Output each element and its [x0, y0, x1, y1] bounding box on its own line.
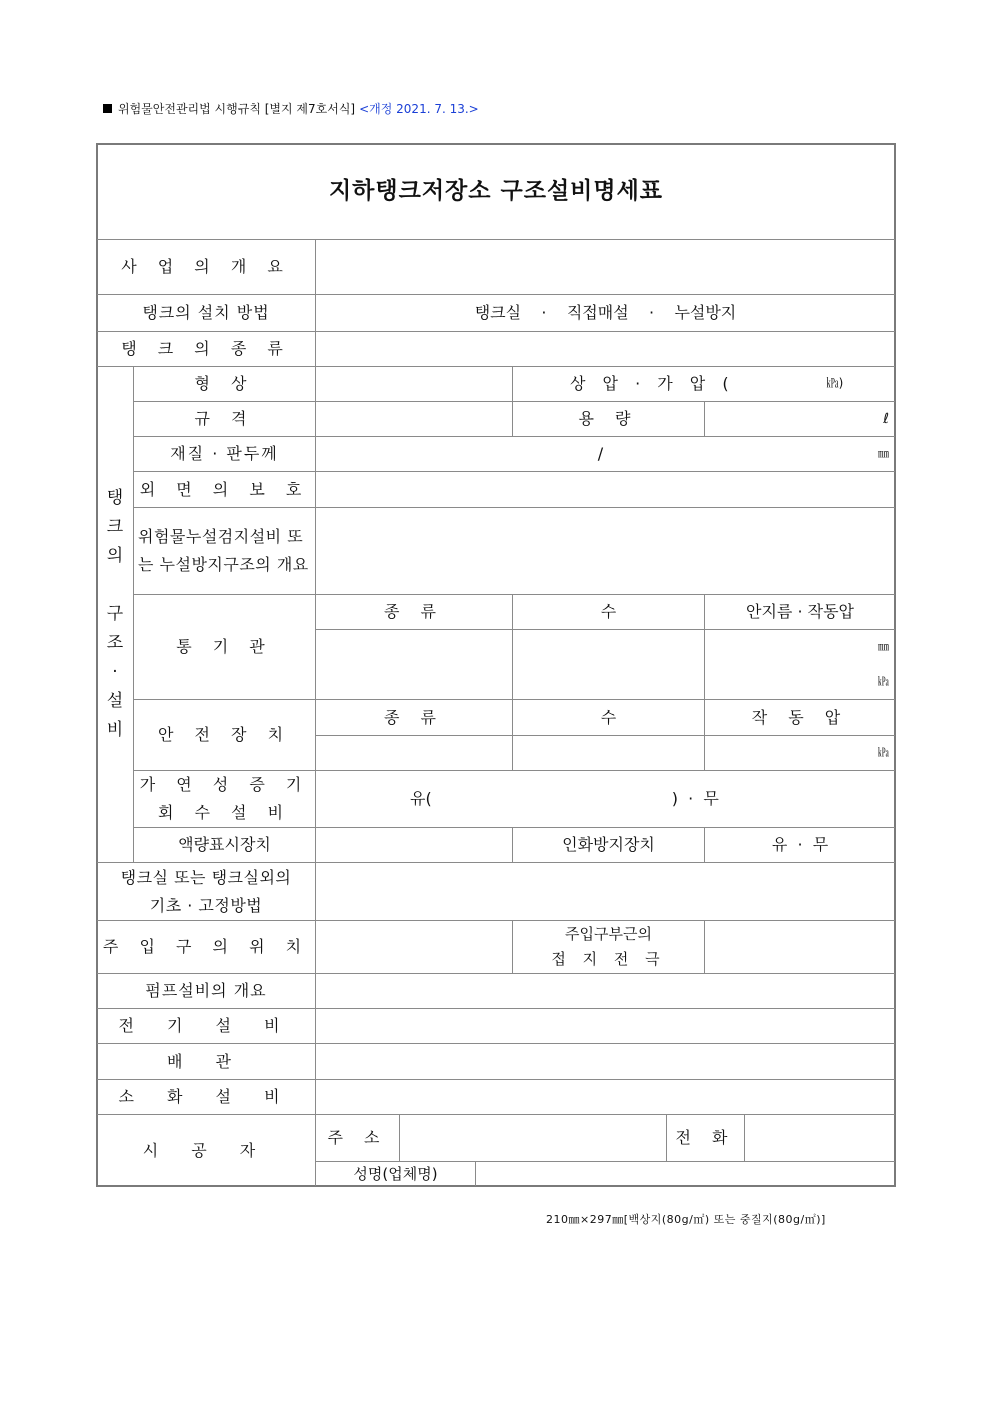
level-indicator-field[interactable] — [316, 828, 512, 862]
company-name-field[interactable] — [476, 1162, 895, 1186]
safety-count-field[interactable] — [513, 736, 704, 770]
phone-label: 전 화 — [667, 1115, 744, 1161]
vapor-recovery-field[interactable]: 유( ) · 무 — [316, 771, 895, 827]
spec-label: 규 격 — [134, 402, 315, 436]
vapor-recovery-label: 가 연 성 증 기 회 수 설 비 — [134, 771, 315, 827]
vapor-recovery-label-line1: 가 연 성 증 기 — [140, 771, 310, 799]
pressure-label: 상 압 · 가 압 ( — [570, 371, 735, 397]
vent-count-header: 수 — [513, 595, 704, 629]
tank-type-label: 탱 크 의 종 류 — [97, 332, 315, 366]
outer-protection-field[interactable] — [316, 472, 895, 507]
pressure-unit: ㎪) — [827, 374, 844, 393]
phone-field[interactable] — [745, 1115, 895, 1161]
piping-label: 배 관 — [97, 1044, 315, 1079]
vapor-recovery-label-line2: 회 수 설 비 — [158, 799, 291, 827]
grounding-label-line2: 접 지 전 극 — [551, 947, 665, 972]
inlet-location-field[interactable] — [316, 921, 512, 973]
safety-pressure-header: 작 동 압 — [705, 700, 895, 735]
flame-arrester-label: 인화방지장치 — [513, 828, 704, 862]
material-label: 재질 · 판두께 — [134, 437, 315, 471]
company-name-label: 성명(업체명) — [316, 1162, 475, 1186]
piping-field[interactable] — [316, 1044, 895, 1079]
safety-type-field[interactable] — [316, 736, 512, 770]
pump-field[interactable] — [316, 974, 895, 1008]
business-overview-field[interactable] — [316, 240, 895, 294]
side-char: 설 — [107, 687, 123, 716]
pressure-cell[interactable]: 상 압 · 가 압 ( ㎪) — [513, 367, 895, 401]
electrical-label: 전 기 설 비 — [97, 1009, 315, 1043]
grounding-electrode-label: 주입구부근의 접 지 전 극 — [513, 921, 704, 973]
safety-device-label: 안 전 장 치 — [134, 700, 315, 770]
grounding-label-line1: 주입구부근의 — [565, 922, 652, 947]
tank-structure-side-label: 탱 크 의 구 조 · 설 비 — [97, 367, 133, 862]
vent-pipe-label: 통 기 관 — [134, 595, 315, 699]
outer-protection-label: 외 면 의 보 호 — [134, 472, 315, 507]
side-char: 비 — [107, 716, 123, 745]
vent-pressure-unit[interactable]: ㎪ — [705, 664, 895, 699]
side-char: 탱 — [107, 484, 123, 513]
inlet-location-label: 주 입 구 의 위 치 — [97, 921, 315, 973]
pump-label: 펌프설비의 개요 — [97, 974, 315, 1008]
form-reference-header: 위험물안전관리법 시행규칙 [별지 제7호서식]<개정 2021. 7. 13.… — [103, 100, 479, 117]
tank-type-field[interactable] — [316, 332, 895, 366]
foundation-label-line2: 기초 · 고정방법 — [150, 892, 263, 920]
square-bullet-icon — [103, 104, 112, 113]
spec-field[interactable] — [316, 402, 512, 436]
business-overview-label: 사 업 의 개 요 — [97, 240, 315, 294]
flame-arrester-options[interactable]: 유 · 무 — [705, 828, 895, 862]
vent-count-field[interactable] — [513, 630, 704, 699]
vent-diameter-unit[interactable]: ㎜ — [705, 630, 895, 664]
form-title: 지하탱크저장소 구조설비명세표 — [97, 144, 895, 239]
foundation-field[interactable] — [316, 863, 895, 920]
law-reference: 위험물안전관리법 시행규칙 [별지 제7호서식] — [118, 102, 355, 116]
leak-detection-label: 위험물누설검지설비 또는 누설방지구조의 개요 — [134, 508, 315, 594]
contractor-label: 시 공 자 — [97, 1115, 315, 1186]
shape-field[interactable] — [316, 367, 512, 401]
foundation-label: 탱크실 또는 탱크실외의 기초 · 고정방법 — [97, 863, 315, 920]
address-label: 주 소 — [316, 1115, 399, 1161]
revision-date: <개정 2021. 7. 13.> — [359, 102, 479, 116]
fire-extinguishing-field[interactable] — [316, 1080, 895, 1114]
paper-spec-footer: 210㎜×297㎜[백상지(80g/㎡) 또는 중질지(80g/㎡)] — [546, 1211, 826, 1227]
foundation-label-line1: 탱크실 또는 탱크실외의 — [121, 864, 292, 892]
safety-count-header: 수 — [513, 700, 704, 735]
side-char: 조 — [107, 629, 123, 658]
side-char: 의 — [107, 542, 123, 571]
leak-detection-field[interactable] — [316, 508, 895, 594]
side-char: · — [112, 658, 117, 687]
vent-type-field[interactable] — [316, 630, 512, 699]
vent-diameter-pressure-header: 안지름 · 작동압 — [705, 595, 895, 629]
level-indicator-label: 액량표시장치 — [134, 828, 315, 862]
vapor-yes-close-no: ) · 무 — [672, 786, 719, 812]
safety-pressure-unit[interactable]: ㎪ — [705, 736, 895, 770]
thickness-unit: ㎜ — [705, 437, 895, 471]
install-method-label: 탱크의 설치 방법 — [97, 295, 315, 331]
vent-type-header: 종 류 — [316, 595, 512, 629]
install-method-options[interactable]: 탱크실 · 직접매설 · 누설방지 — [316, 295, 895, 331]
capacity-field[interactable]: ℓ — [705, 402, 895, 436]
grounding-electrode-field[interactable] — [705, 921, 895, 973]
electrical-field[interactable] — [316, 1009, 895, 1043]
safety-type-header: 종 류 — [316, 700, 512, 735]
fire-extinguishing-label: 소 화 설 비 — [97, 1080, 315, 1114]
address-field[interactable] — [400, 1115, 666, 1161]
shape-label: 형 상 — [134, 367, 315, 401]
vapor-yes-open: 유( — [410, 786, 432, 812]
side-char: 크 — [107, 513, 123, 542]
capacity-label: 용 량 — [513, 402, 704, 436]
side-char: 구 — [107, 600, 123, 629]
